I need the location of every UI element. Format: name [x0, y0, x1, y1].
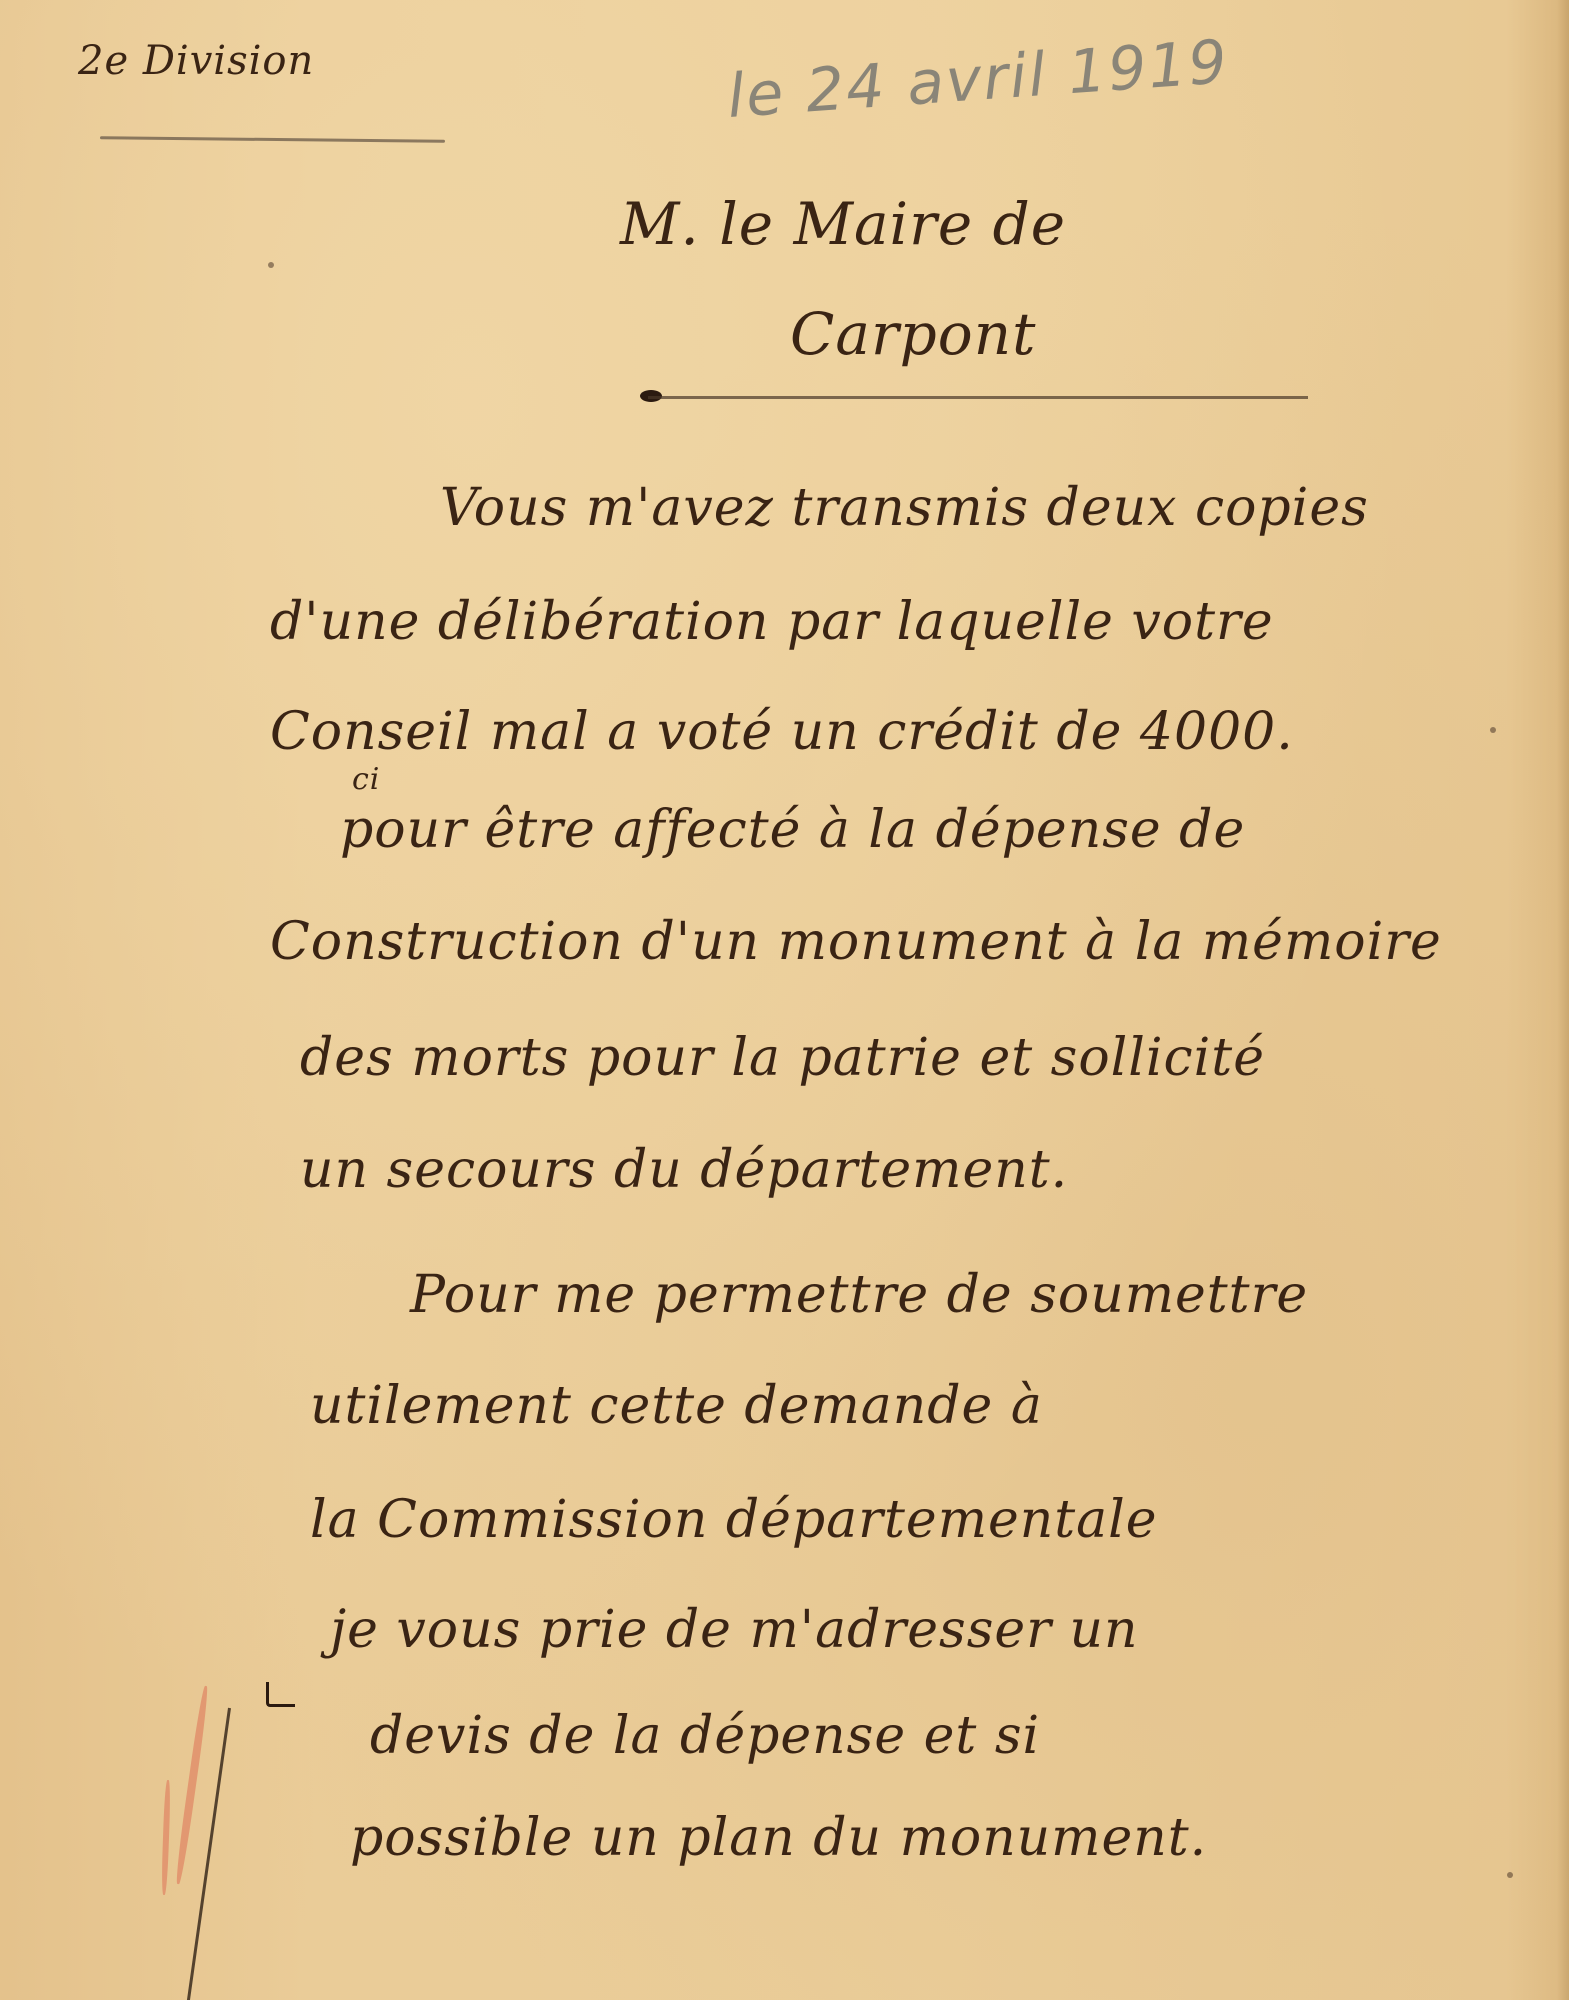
margin-bracket-hook	[266, 1682, 295, 1707]
paper-speck	[1507, 1872, 1513, 1878]
interlinear-insertion: ci	[352, 762, 380, 797]
body-line-10: la Commission départementale	[310, 1490, 1158, 1550]
body-line-1: Vous m'avez transmis deux copies	[440, 478, 1369, 538]
address-rule	[648, 396, 1308, 399]
red-crayon-mark	[174, 1685, 210, 1884]
addressee-line-2: Carpont	[790, 300, 1036, 368]
body-line-3: Conseil mal a voté un crédit de 4000.	[270, 702, 1294, 762]
red-crayon-mark	[161, 1780, 171, 1895]
addressee-line-1: M. le Maire de	[620, 190, 1066, 258]
body-line-8: Pour me permettre de soumettre	[410, 1265, 1308, 1325]
body-line-6: des morts pour la patrie et sollicité	[300, 1028, 1265, 1088]
division-heading: 2e Division	[78, 38, 314, 84]
pencil-date: le 24 avril 1919	[725, 27, 1231, 132]
body-line-13: possible un plan du monument.	[350, 1808, 1207, 1868]
body-line-2: d'une délibération par laquelle votre	[270, 592, 1274, 652]
body-line-11: je vous prie de m'adresser un	[330, 1600, 1139, 1660]
page-edge-shadow	[1557, 0, 1569, 2000]
letter-page: 2e Division le 24 avril 1919 M. le Maire…	[0, 0, 1569, 2000]
paper-speck	[268, 262, 274, 268]
body-line-9: utilement cette demande à	[310, 1376, 1043, 1436]
body-line-7: un secours du département.	[300, 1140, 1068, 1200]
body-line-12: devis de la dépense et si	[370, 1706, 1040, 1766]
paper-speck	[1490, 727, 1496, 733]
body-line-4: pour être affecté à la dépense de	[340, 800, 1245, 860]
body-line-5: Construction d'un monument à la mémoire	[270, 912, 1442, 972]
division-underline	[100, 136, 445, 143]
